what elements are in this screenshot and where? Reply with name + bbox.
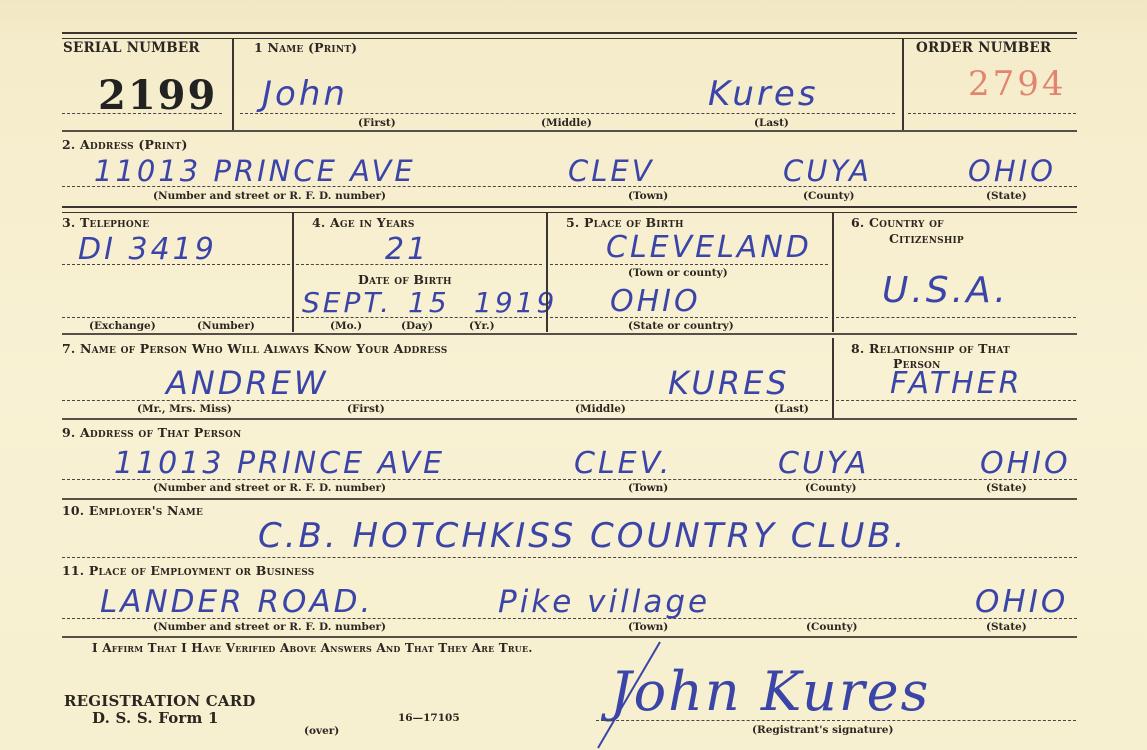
top-rule xyxy=(62,32,1077,39)
affirmation-text: I Affirm That I Have Verified Above Answ… xyxy=(92,641,533,655)
sub-town: (Town) xyxy=(628,482,668,494)
divider xyxy=(832,212,834,332)
sub-day: (Day) xyxy=(401,320,433,332)
last-name-value: Kures xyxy=(708,74,819,114)
rule xyxy=(62,130,1077,132)
sub-contact-first: (First) xyxy=(347,403,385,415)
contact-first: ANDREW xyxy=(166,364,329,402)
birthplace-line xyxy=(550,264,828,265)
contact-address-town: CLEV. xyxy=(574,446,672,481)
sub-middle: (Middle) xyxy=(541,117,592,129)
sub-county: (County) xyxy=(806,621,858,633)
sub-birth-town: (Town or county) xyxy=(628,267,728,279)
relationship-label-1: 8. Relationship of That xyxy=(851,341,1010,356)
contact-line xyxy=(62,400,828,401)
sub-title: (Mr., Mrs. Miss) xyxy=(137,403,232,415)
serial-label: SERIAL NUMBER xyxy=(63,40,200,56)
address-label: 2. Address (Print) xyxy=(62,137,188,152)
sub-town: (Town) xyxy=(628,621,668,633)
serial-line xyxy=(62,113,222,114)
employment-state: OHIO xyxy=(975,584,1068,620)
registration-card: SERIAL NUMBER 2199 1 Name (Print) John K… xyxy=(0,0,1147,750)
card-title: REGISTRATION CARD xyxy=(64,692,256,710)
sub-street: (Number and street or R. F. D. number) xyxy=(153,190,386,202)
address-line xyxy=(62,186,1077,187)
sub-yr: (Yr.) xyxy=(469,320,495,332)
rule xyxy=(62,498,1077,500)
employer-value: C.B. HOTCHKISS COUNTRY CLUB. xyxy=(258,516,907,556)
rule xyxy=(62,333,1077,335)
address-state: OHIO xyxy=(968,154,1056,188)
contact-address-county: CUYA xyxy=(778,446,869,481)
dob-month: SEPT. xyxy=(302,286,392,319)
sub-street: (Number and street or R. F. D. number) xyxy=(153,482,386,494)
employment-label: 11. Place of Employment or Business xyxy=(62,563,314,578)
form-number: 16—17105 xyxy=(398,712,460,724)
sub-first: (First) xyxy=(358,117,396,129)
sub-number: (Number) xyxy=(197,320,255,332)
citizenship-value: U.S.A. xyxy=(882,270,1009,311)
divider xyxy=(292,212,294,332)
birthplace-line-2 xyxy=(550,317,828,318)
sub-mo: (Mo.) xyxy=(330,320,362,332)
citizenship-label-1: 6. Country of xyxy=(851,215,944,230)
employment-line xyxy=(62,618,1077,619)
birthplace-state: OHIO xyxy=(610,284,701,319)
citizenship-line xyxy=(836,317,1076,318)
employer-label: 10. Employer's Name xyxy=(62,503,203,518)
age-line xyxy=(296,264,542,265)
telephone-line-2 xyxy=(62,317,290,318)
birthplace-label: 5. Place of Birth xyxy=(566,215,684,230)
contact-label: 7. Name of Person Who Will Always Know Y… xyxy=(62,341,447,356)
sub-state: (State) xyxy=(986,621,1027,633)
divider xyxy=(832,338,834,418)
dob-year: 1919 xyxy=(474,286,557,319)
sub-last: (Last) xyxy=(754,117,789,129)
dob-day: 15 xyxy=(408,286,450,319)
over-label: (over) xyxy=(304,725,339,737)
serial-value: 2199 xyxy=(98,72,217,119)
name-line xyxy=(240,113,895,114)
form-name: D. S. S. Form 1 xyxy=(92,709,219,727)
divider xyxy=(902,38,904,130)
divider xyxy=(546,212,548,332)
employer-line xyxy=(62,557,1077,558)
relationship-line xyxy=(836,400,1076,401)
telephone-line xyxy=(62,264,290,265)
telephone-value: DI 3419 xyxy=(78,232,217,267)
sub-town: (Town) xyxy=(628,190,668,202)
age-value: 21 xyxy=(385,232,429,267)
sub-contact-last: (Last) xyxy=(774,403,809,415)
rule xyxy=(62,418,1077,420)
birthplace-town: CLEVELAND xyxy=(606,230,812,265)
first-name-value: John xyxy=(262,74,348,114)
signature-sub: (Registrant's signature) xyxy=(752,724,893,736)
telephone-label: 3. Telephone xyxy=(62,215,149,230)
address-county: CUYA xyxy=(783,154,872,188)
sub-county: (County) xyxy=(803,190,855,202)
contact-address-street: 11013 PRINCE AVE xyxy=(114,446,445,481)
rule xyxy=(62,206,1077,213)
contact-address-line xyxy=(62,479,1077,480)
name-label: 1 Name (Print) xyxy=(254,40,357,55)
employment-town: Pike village xyxy=(498,584,710,620)
citizenship-label-2: Citizenship xyxy=(889,231,964,246)
age-label: 4. Age in Years xyxy=(312,215,415,230)
sub-contact-middle: (Middle) xyxy=(575,403,626,415)
address-street: 11013 PRINCE AVE xyxy=(94,154,416,188)
sub-state: (State) xyxy=(986,190,1027,202)
sub-exchange: (Exchange) xyxy=(89,320,156,332)
employment-street: LANDER ROAD. xyxy=(100,584,373,620)
relationship-value: FATHER xyxy=(890,366,1023,401)
contact-address-state: OHIO xyxy=(980,446,1071,481)
address-town: CLEV xyxy=(568,154,655,188)
contact-last: KURES xyxy=(668,364,790,402)
divider xyxy=(232,38,234,130)
sub-county: (County) xyxy=(805,482,857,494)
order-label: ORDER NUMBER xyxy=(916,40,1051,56)
order-line xyxy=(908,113,1076,114)
dob-label: Date of Birth xyxy=(358,272,452,287)
rule xyxy=(62,636,1077,638)
sub-birth-state: (State or country) xyxy=(628,320,734,332)
order-value: 2794 xyxy=(968,64,1067,104)
pen-stroke xyxy=(590,640,670,750)
sub-street: (Number and street or R. F. D. number) xyxy=(153,621,386,633)
contact-address-label: 9. Address of That Person xyxy=(62,425,241,440)
sub-state: (State) xyxy=(986,482,1027,494)
dob-line xyxy=(296,317,542,318)
